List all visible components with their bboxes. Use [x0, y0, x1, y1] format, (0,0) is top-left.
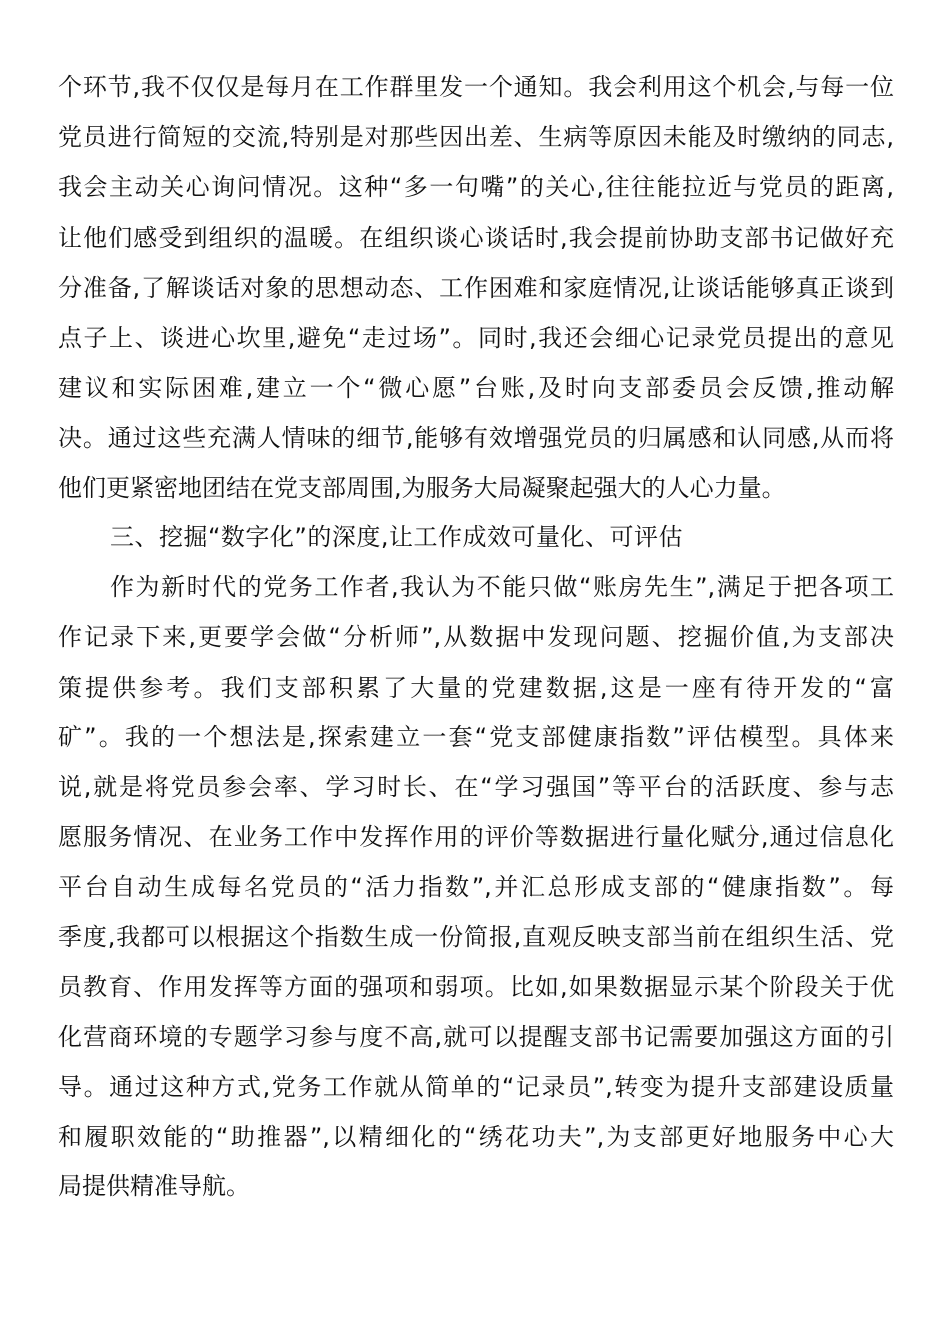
document-page: 个环节,我不仅仅是每月在工作群里发一个通知。我会利用这个机会,与每一位 党员进行…	[0, 0, 950, 1344]
paragraph-2-line-2: 作记录下来,更要学会做“分析师”,从数据中发现问题、挖掘价值,为支部决	[58, 612, 894, 662]
paragraph-2-line-8: 季度,我都可以根据这个指数生成一份简报,直观反映支部当前在组织生活、党	[58, 912, 894, 962]
paragraph-1-line-5: 分准备,了解谈话对象的思想动态、工作困难和家庭情况,让谈话能够真正谈到	[58, 263, 894, 313]
paragraph-2-line-5: 说,就是将党员参会率、学习时长、在“学习强国”等平台的活跃度、参与志	[58, 762, 894, 812]
paragraph-1-line-3: 我会主动关心询问情况。这种“多一句嘴”的关心,往往能拉近与党员的距离,	[58, 162, 894, 212]
paragraph-2-line-10: 化营商环境的专题学习参与度不高,就可以提醒支部书记需要加强这方面的引	[58, 1012, 894, 1062]
paragraph-2-line-13: 局提供精准导航。	[58, 1161, 894, 1211]
paragraph-1-line-8: 决。通过这些充满人情味的细节,能够有效增强党员的归属感和认同感,从而将	[58, 413, 894, 463]
section-heading: 三、挖掘“数字化”的深度,让工作成效可量化、可评估	[110, 512, 683, 562]
paragraph-2-line-9: 员教育、作用发挥等方面的强项和弱项。比如,如果数据显示某个阶段关于优	[58, 962, 894, 1012]
paragraph-1-line-2: 党员进行简短的交流,特别是对那些因出差、生病等原因未能及时缴纳的同志,	[58, 112, 894, 162]
paragraph-2-line-1: 作为新时代的党务工作者,我认为不能只做“账房先生”,满足于把各项工	[110, 562, 894, 612]
paragraph-2-line-6: 愿服务情况、在业务工作中发挥作用的评价等数据进行量化赋分,通过信息化	[58, 812, 894, 862]
paragraph-2-line-7: 平台自动生成每名党员的“活力指数”,并汇总形成支部的“健康指数”。每	[58, 862, 894, 912]
paragraph-2-line-3: 策提供参考。我们支部积累了大量的党建数据,这是一座有待开发的“富	[58, 663, 894, 713]
paragraph-2-line-12: 和履职效能的“助推器”,以精细化的“绣花功夫”,为支部更好地服务中心大	[58, 1112, 894, 1162]
paragraph-2-line-11: 导。通过这种方式,党务工作就从简单的“记录员”,转变为提升支部建设质量	[58, 1062, 894, 1112]
paragraph-1-line-6: 点子上、谈进心坎里,避免“走过场”。同时,我还会细心记录党员提出的意见	[58, 313, 894, 363]
paragraph-1-line-1: 个环节,我不仅仅是每月在工作群里发一个通知。我会利用这个机会,与每一位	[58, 62, 894, 112]
paragraph-1-line-9: 他们更紧密地团结在党支部周围,为服务大局凝聚起强大的人心力量。	[58, 463, 894, 513]
paragraph-2-line-4: 矿”。我的一个想法是,探索建立一套“党支部健康指数”评估模型。具体来	[58, 712, 894, 762]
paragraph-1-line-4: 让他们感受到组织的温暖。在组织谈心谈话时,我会提前协助支部书记做好充	[58, 213, 894, 263]
paragraph-1-line-7: 建议和实际困难,建立一个“微心愿”台账,及时向支部委员会反馈,推动解	[58, 363, 894, 413]
